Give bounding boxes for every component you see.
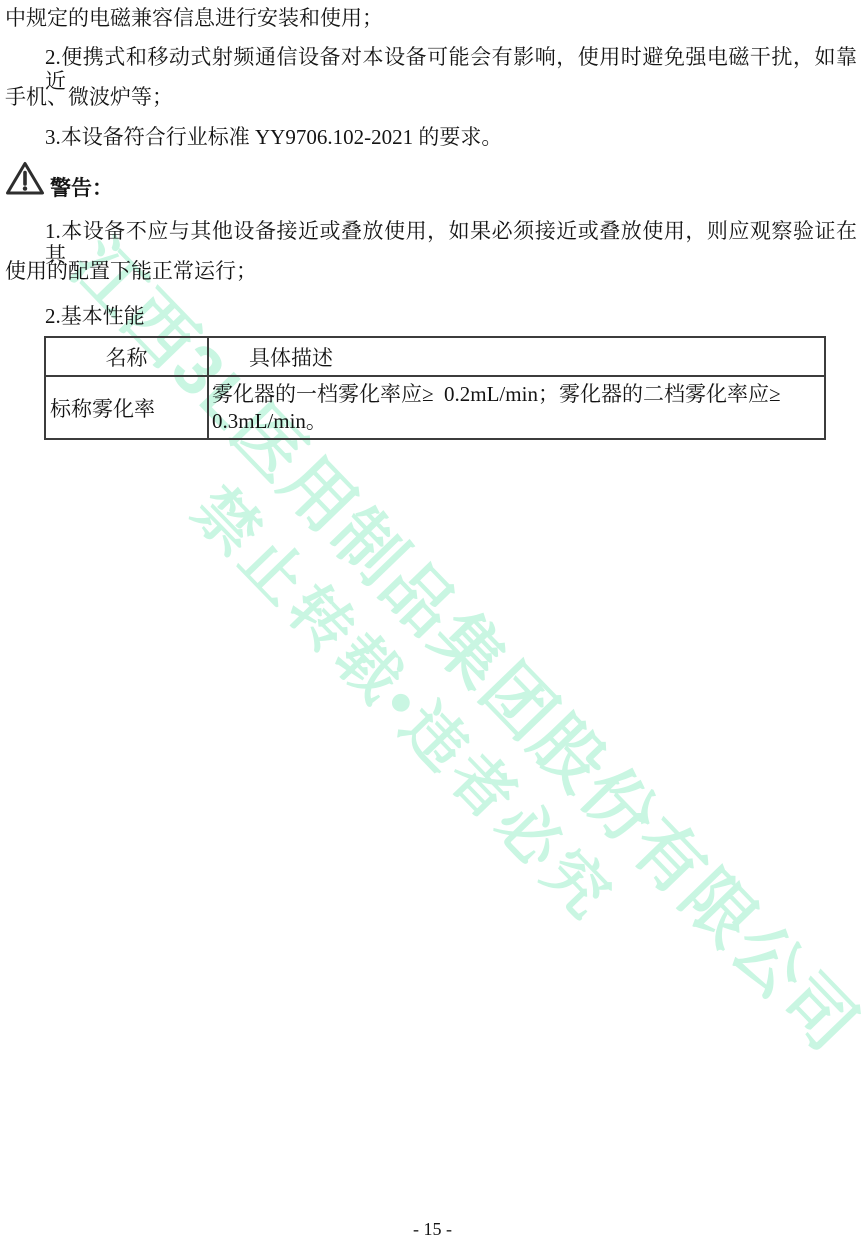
paragraph-continued: 中规定的电磁兼容信息进行安装和使用； <box>5 6 383 30</box>
paragraph-3: 3.本设备符合行业标准 YY9706.102-2021 的要求。 <box>45 125 502 149</box>
paragraph-2-line-2: 手机、微波炉等； <box>5 85 173 109</box>
table-cell-name: 标称雾化率 <box>46 377 209 438</box>
warning-item-1-line-2: 使用的配置下能正常运行； <box>5 259 257 283</box>
page-content: 中规定的电磁兼容信息进行安装和使用； 2.便携式和移动式射频通信设备对本设备可能… <box>0 0 865 1244</box>
warning-triangle-icon <box>4 160 46 197</box>
table-header-description: 具体描述 <box>209 338 824 375</box>
basic-performance-table: 名称 具体描述 标称雾化率 雾化器的一档雾化率应≥ 0.2mL/min；雾化器的… <box>44 336 826 440</box>
warning-label: 警告： <box>50 176 113 200</box>
table-row: 标称雾化率 雾化器的一档雾化率应≥ 0.2mL/min；雾化器的二档雾化率应≥ … <box>46 377 824 438</box>
table-cell-description: 雾化器的一档雾化率应≥ 0.2mL/min；雾化器的二档雾化率应≥ 0.3mL/… <box>209 377 824 438</box>
table-header-name: 名称 <box>46 338 209 375</box>
description-line-2: 0.3mL/min。 <box>212 408 824 435</box>
description-line-1: 雾化器的一档雾化率应≥ 0.2mL/min；雾化器的二档雾化率应≥ <box>212 381 824 408</box>
warning-item-2-basic-performance: 2.基本性能 <box>45 304 145 328</box>
page-number: - 15 - <box>0 1219 865 1239</box>
manual-page: 江西3L医用制品集团股份有限公司 禁止转载•违者必究 中规定的电磁兼容信息进行安… <box>0 0 865 1244</box>
table-header-row: 名称 具体描述 <box>46 338 824 377</box>
